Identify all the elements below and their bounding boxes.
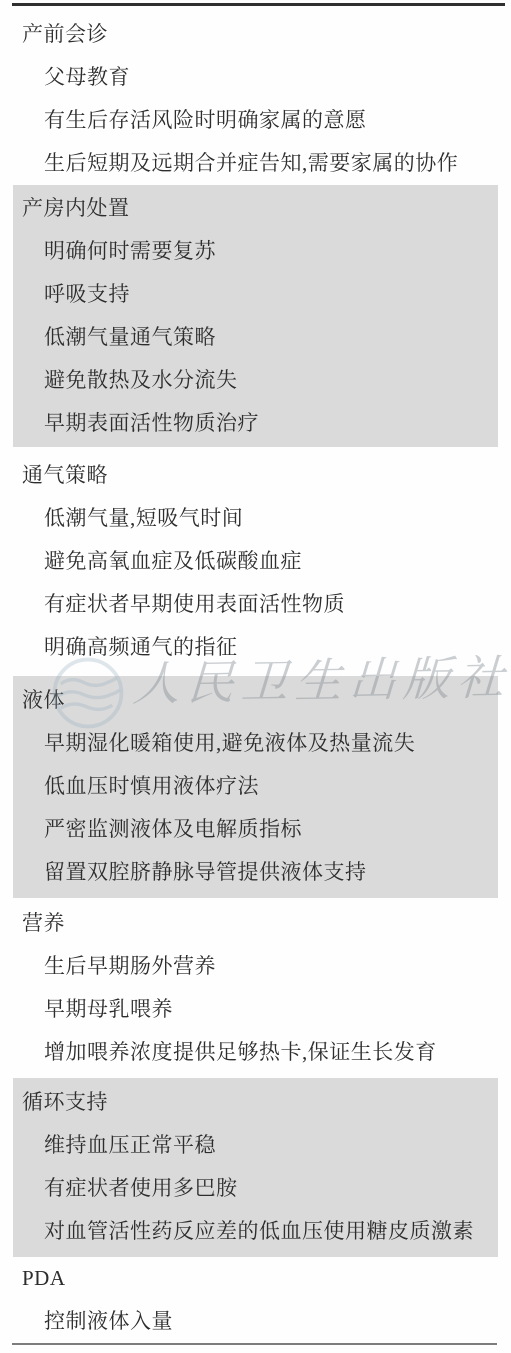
- section-item: 有症状者早期使用表面活性物质: [13, 583, 498, 626]
- section-header: 通气策略: [13, 454, 498, 497]
- section-item: 低潮气量通气策略: [13, 316, 498, 359]
- section-nutrition: 营养 生后早期肠外营养 早期母乳喂养 增加喂养浓度提供足够热卡,保证生长发育: [13, 898, 498, 1078]
- section-item: 低血压时慎用液体疗法: [13, 765, 498, 808]
- section-ventilation: 通气策略 低潮气量,短吸气时间 避免高氧血症及低碳酸血症 有症状者早期使用表面活…: [13, 447, 498, 676]
- section-header: 循环支持: [13, 1081, 498, 1124]
- section-item: 严密监测液体及电解质指标: [13, 808, 498, 851]
- section-item: 父母教育: [13, 56, 498, 99]
- section-delivery-room: 产房内处置 明确何时需要复苏 呼吸支持 低潮气量通气策略 避免散热及水分流失 早…: [13, 185, 498, 447]
- section-header: PDA: [13, 1257, 498, 1300]
- section-item: 有生后存活风险时明确家属的意愿: [13, 99, 498, 142]
- section-item: 对血管活性药反应差的低血压使用糖皮质激素: [13, 1210, 498, 1253]
- section-header: 营养: [13, 902, 498, 945]
- section-pda: PDA 控制液体入量: [13, 1257, 498, 1343]
- section-item: 有症状者使用多巴胺: [13, 1167, 498, 1210]
- section-fluids: 液体 早期湿化暖箱使用,避免液体及热量流失 低血压时慎用液体疗法 严密监测液体及…: [13, 676, 498, 898]
- section-item: 呼吸支持: [13, 273, 498, 316]
- page: 产前会诊 父母教育 有生后存活风险时明确家属的意愿 生后短期及远期合并症告知,需…: [0, 0, 511, 1353]
- section-item: 增加喂养浓度提供足够热卡,保证生长发育: [13, 1031, 498, 1074]
- section-item: 低潮气量,短吸气时间: [13, 497, 498, 540]
- section-header: 产房内处置: [13, 187, 498, 230]
- section-item: 生后早期肠外营养: [13, 945, 498, 988]
- section-item: 早期母乳喂养: [13, 988, 498, 1031]
- section-item: 生后短期及远期合并症告知,需要家属的协作: [13, 142, 498, 185]
- section-header: 液体: [13, 679, 498, 722]
- section-item: 明确何时需要复苏: [13, 230, 498, 273]
- section-item: 早期表面活性物质治疗: [13, 402, 498, 445]
- section-header: 产前会诊: [13, 13, 498, 56]
- section-item: 明确高频通气的指征: [13, 626, 498, 669]
- section-item: 维持血压正常平稳: [13, 1124, 498, 1167]
- section-antenatal-consult: 产前会诊 父母教育 有生后存活风险时明确家属的意愿 生后短期及远期合并症告知,需…: [13, 6, 498, 185]
- section-circulation: 循环支持 维持血压正常平稳 有症状者使用多巴胺 对血管活性药反应差的低血压使用糖…: [13, 1078, 498, 1257]
- section-item: 留置双腔脐静脉导管提供液体支持: [13, 851, 498, 894]
- section-item: 早期湿化暖箱使用,避免液体及热量流失: [13, 722, 498, 765]
- section-item: 避免散热及水分流失: [13, 359, 498, 402]
- table-body: 产前会诊 父母教育 有生后存活风险时明确家属的意愿 生后短期及远期合并症告知,需…: [13, 6, 498, 1343]
- section-item: 控制液体入量: [13, 1300, 498, 1343]
- section-item: 避免高氧血症及低碳酸血症: [13, 540, 498, 583]
- table-bottom-rule: [12, 1343, 497, 1345]
